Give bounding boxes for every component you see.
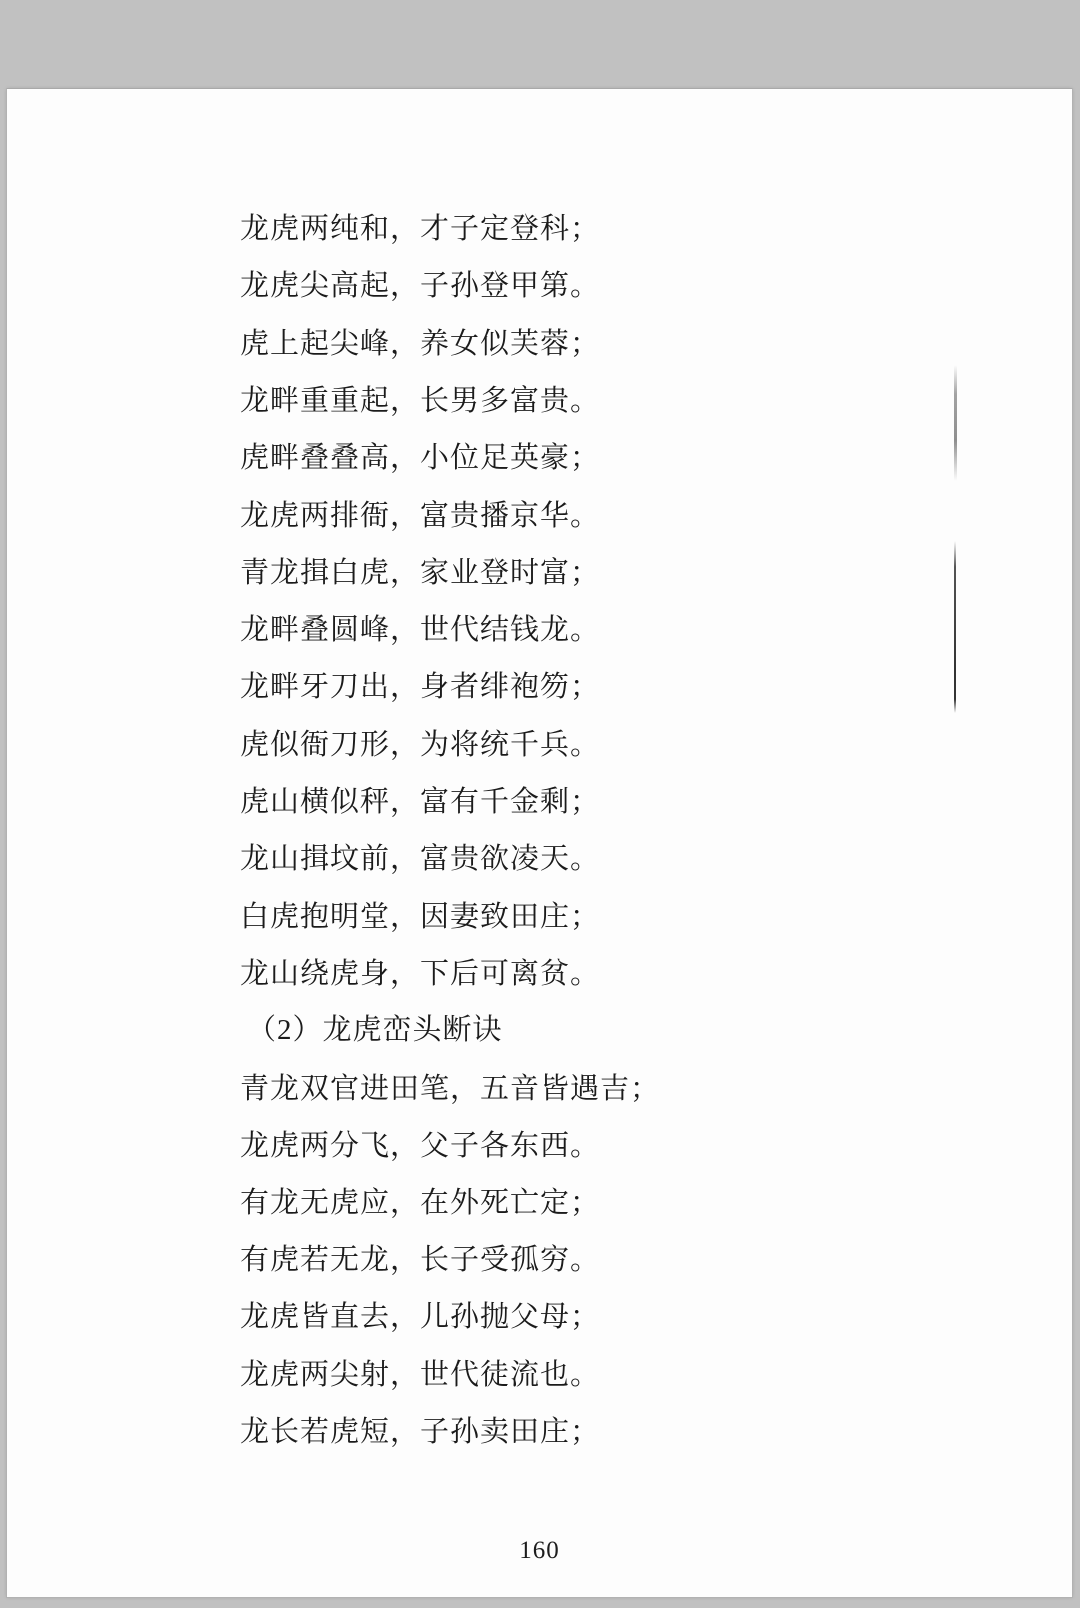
text-line: 虎山横似秤，富有千金剩； xyxy=(240,786,600,819)
text-line: 龙山绕虎身，下后可离贫。 xyxy=(240,958,600,991)
text-line: 龙虎两分飞，父子各东西。 xyxy=(240,1130,600,1163)
text-line: 龙虎两尖射，世代徒流也。 xyxy=(240,1359,600,1392)
text-line: 青龙揖白虎，家业登时富； xyxy=(240,557,600,590)
text-line: 白虎抱明堂，因妻致田庄； xyxy=(240,901,600,934)
text-line: 有虎若无龙，长子受孤穷。 xyxy=(240,1244,600,1277)
section-heading: （2）龙虎峦头断诀 xyxy=(247,1014,503,1047)
text-line: 龙山揖坟前，富贵欲凌天。 xyxy=(240,843,600,876)
text-line: 龙长若虎短，子孙卖田庄； xyxy=(240,1416,600,1449)
text-line: 龙虎两排衙，富贵播京华。 xyxy=(240,500,600,533)
scan-artifact xyxy=(954,541,956,713)
text-line: 龙虎皆直去，儿孙抛父母； xyxy=(240,1301,600,1334)
text-line: 有龙无虎应，在外死亡定； xyxy=(240,1187,600,1220)
page-number: 160 xyxy=(7,1537,1072,1565)
text-line: 虎畔叠叠高，小位足英豪； xyxy=(240,442,600,475)
text-line: 龙畔牙刀出，身者绯袍笏； xyxy=(240,671,600,704)
text-line: 虎似衙刀形，为将统千兵。 xyxy=(240,729,600,762)
text-line: 龙畔叠圆峰，世代结钱龙。 xyxy=(240,614,600,647)
text-line: 龙虎两纯和，才子定登科； xyxy=(240,213,600,246)
scanned-book-page: （2）龙虎峦头断诀 160 龙虎两纯和，才子定登科；龙虎尖高起，子孙登甲第。虎上… xyxy=(0,0,1080,1608)
text-line: 龙虎尖高起，子孙登甲第。 xyxy=(240,270,600,303)
page-surface: （2）龙虎峦头断诀 160 龙虎两纯和，才子定登科；龙虎尖高起，子孙登甲第。虎上… xyxy=(7,89,1072,1597)
text-line: 青龙双官进田笔，五音皆遇吉； xyxy=(240,1073,660,1106)
scan-artifact xyxy=(954,365,957,481)
text-line: 龙畔重重起，长男多富贵。 xyxy=(240,385,600,418)
text-line: 虎上起尖峰，养女似芙蓉； xyxy=(240,328,600,361)
